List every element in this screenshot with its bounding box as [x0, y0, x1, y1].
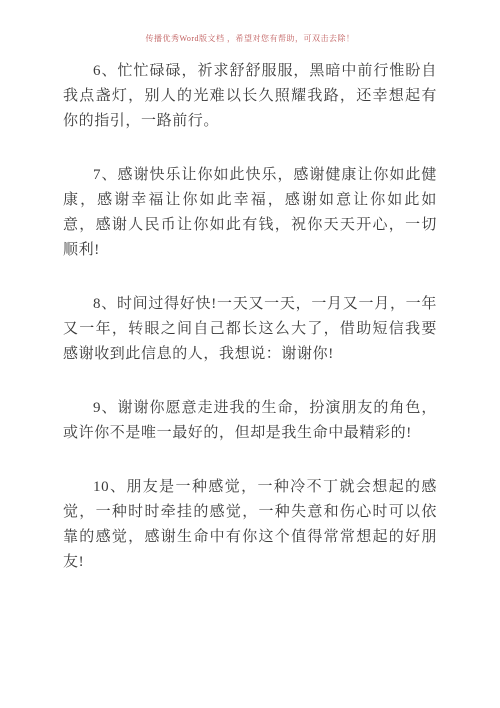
paragraph-7: 7、感谢快乐让你如此快乐，感谢健康让你如此健康，感谢幸福让你如此幸福，感谢如意让…: [63, 163, 437, 263]
document-body: 6、忙忙碌碌，祈求舒舒服服，黑暗中前行惟盼自我点盏灯，别人的光难以长久照耀我路，…: [63, 59, 437, 575]
document-header-notice[interactable]: 传播优秀Word版文档 ，希望对您有帮助，可双击去除！: [0, 0, 500, 44]
paragraph-10: 10、朋友是一种感觉，一种冷不丁就会想起的感觉，一种时时牵挂的感觉，一种失意和伤…: [63, 475, 437, 575]
paragraph-8: 8、时间过得好快!一天又一天，一月又一月，一年又一年，转眼之间自己都长这么大了，…: [63, 292, 437, 367]
document-page: 传播优秀Word版文档 ，希望对您有帮助，可双击去除！ 6、忙忙碌碌，祈求舒舒服…: [0, 0, 500, 708]
paragraph-6: 6、忙忙碌碌，祈求舒舒服服，黑暗中前行惟盼自我点盏灯，别人的光难以长久照耀我路，…: [63, 59, 437, 134]
paragraph-9: 9、谢谢你愿意走进我的生命，扮演朋友的角色，或许你不是唯一最好的，但却是我生命中…: [63, 396, 437, 446]
